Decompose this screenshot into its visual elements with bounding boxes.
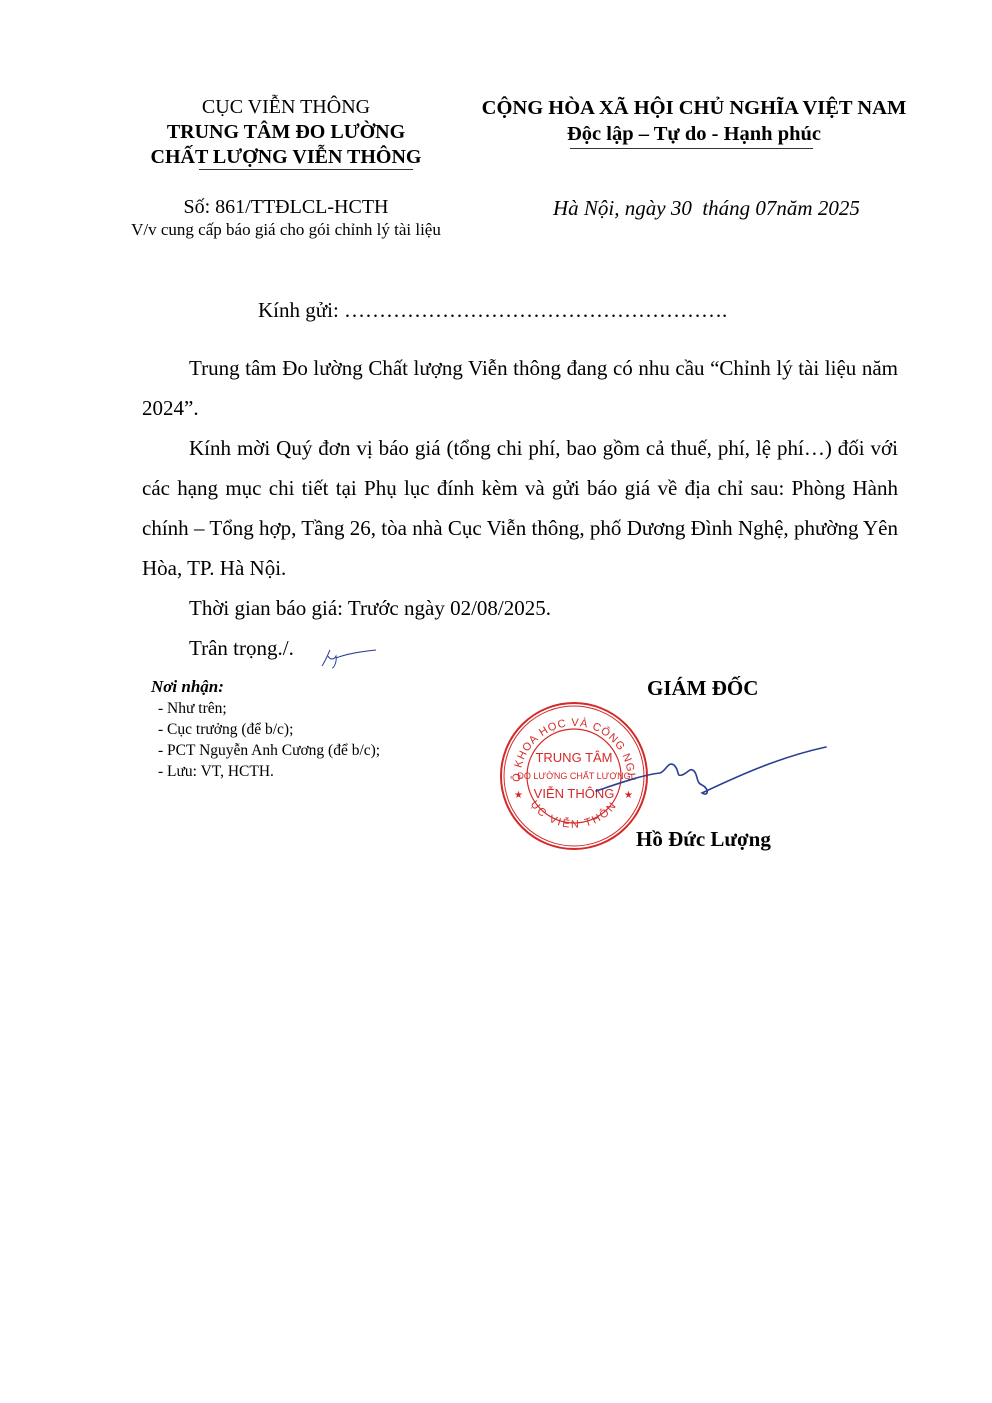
issuing-agency-block: CỤC VIỄN THÔNG TRUNG TÂM ĐO LƯỜNG CHẤT L… — [130, 95, 442, 170]
recipient-item: Lưu: VT, HCTH. — [158, 761, 380, 782]
signer-name: Hồ Đức Lượng — [636, 827, 771, 852]
motto: Độc lập – Tự do - Hạnh phúc — [460, 121, 928, 147]
agency-name: CỤC VIỄN THÔNG — [130, 95, 442, 120]
signer-title: GIÁM ĐỐC — [647, 676, 758, 701]
body-paragraph: Trung tâm Đo lường Chất lượng Viễn thông… — [142, 348, 898, 428]
recipient-item: Cục trưởng (để b/c); — [158, 719, 380, 740]
recipients-title: Nơi nhận: — [151, 677, 224, 697]
document-subject: V/v cung cấp báo giá cho gói chỉnh lý tà… — [130, 219, 442, 241]
document-number: Số: 861/TTĐLCL-HCTH — [130, 195, 442, 219]
body-paragraph: Kính mời Quý đơn vị báo giá (tổng chi ph… — [142, 428, 898, 588]
nation-name: CỘNG HÒA XÃ HỘI CHỦ NGHĨA VIỆT NAM — [460, 95, 928, 121]
handwritten-signature-icon — [590, 735, 830, 805]
recipient-item: Như trên; — [158, 698, 380, 719]
body-paragraph: Thời gian báo giá: Trước ngày 02/08/2025… — [142, 588, 898, 628]
org-name-line2: CHẤT LƯỢNG VIỄN THÔNG — [130, 145, 442, 170]
svg-text:★: ★ — [514, 790, 523, 801]
salutation: Kính gửi: ………………………………………………. — [258, 298, 727, 323]
closing: Trân trọng./. — [142, 628, 898, 668]
letter-body: Trung tâm Đo lường Chất lượng Viễn thông… — [142, 348, 898, 668]
org-name-line1: TRUNG TÂM ĐO LƯỜNG — [130, 120, 442, 145]
national-header-block: CỘNG HÒA XÃ HỘI CHỦ NGHĨA VIỆT NAM Độc l… — [460, 95, 928, 147]
initial-mark-icon — [318, 646, 378, 670]
divider-right — [570, 148, 813, 149]
date-line: Hà Nội, ngày 30 tháng 07năm 2025 — [553, 196, 860, 221]
recipients-list: Như trên; Cục trưởng (để b/c); PCT Nguyễ… — [158, 698, 380, 782]
divider-left — [199, 169, 413, 170]
recipient-item: PCT Nguyễn Anh Cương (để b/c); — [158, 740, 380, 761]
